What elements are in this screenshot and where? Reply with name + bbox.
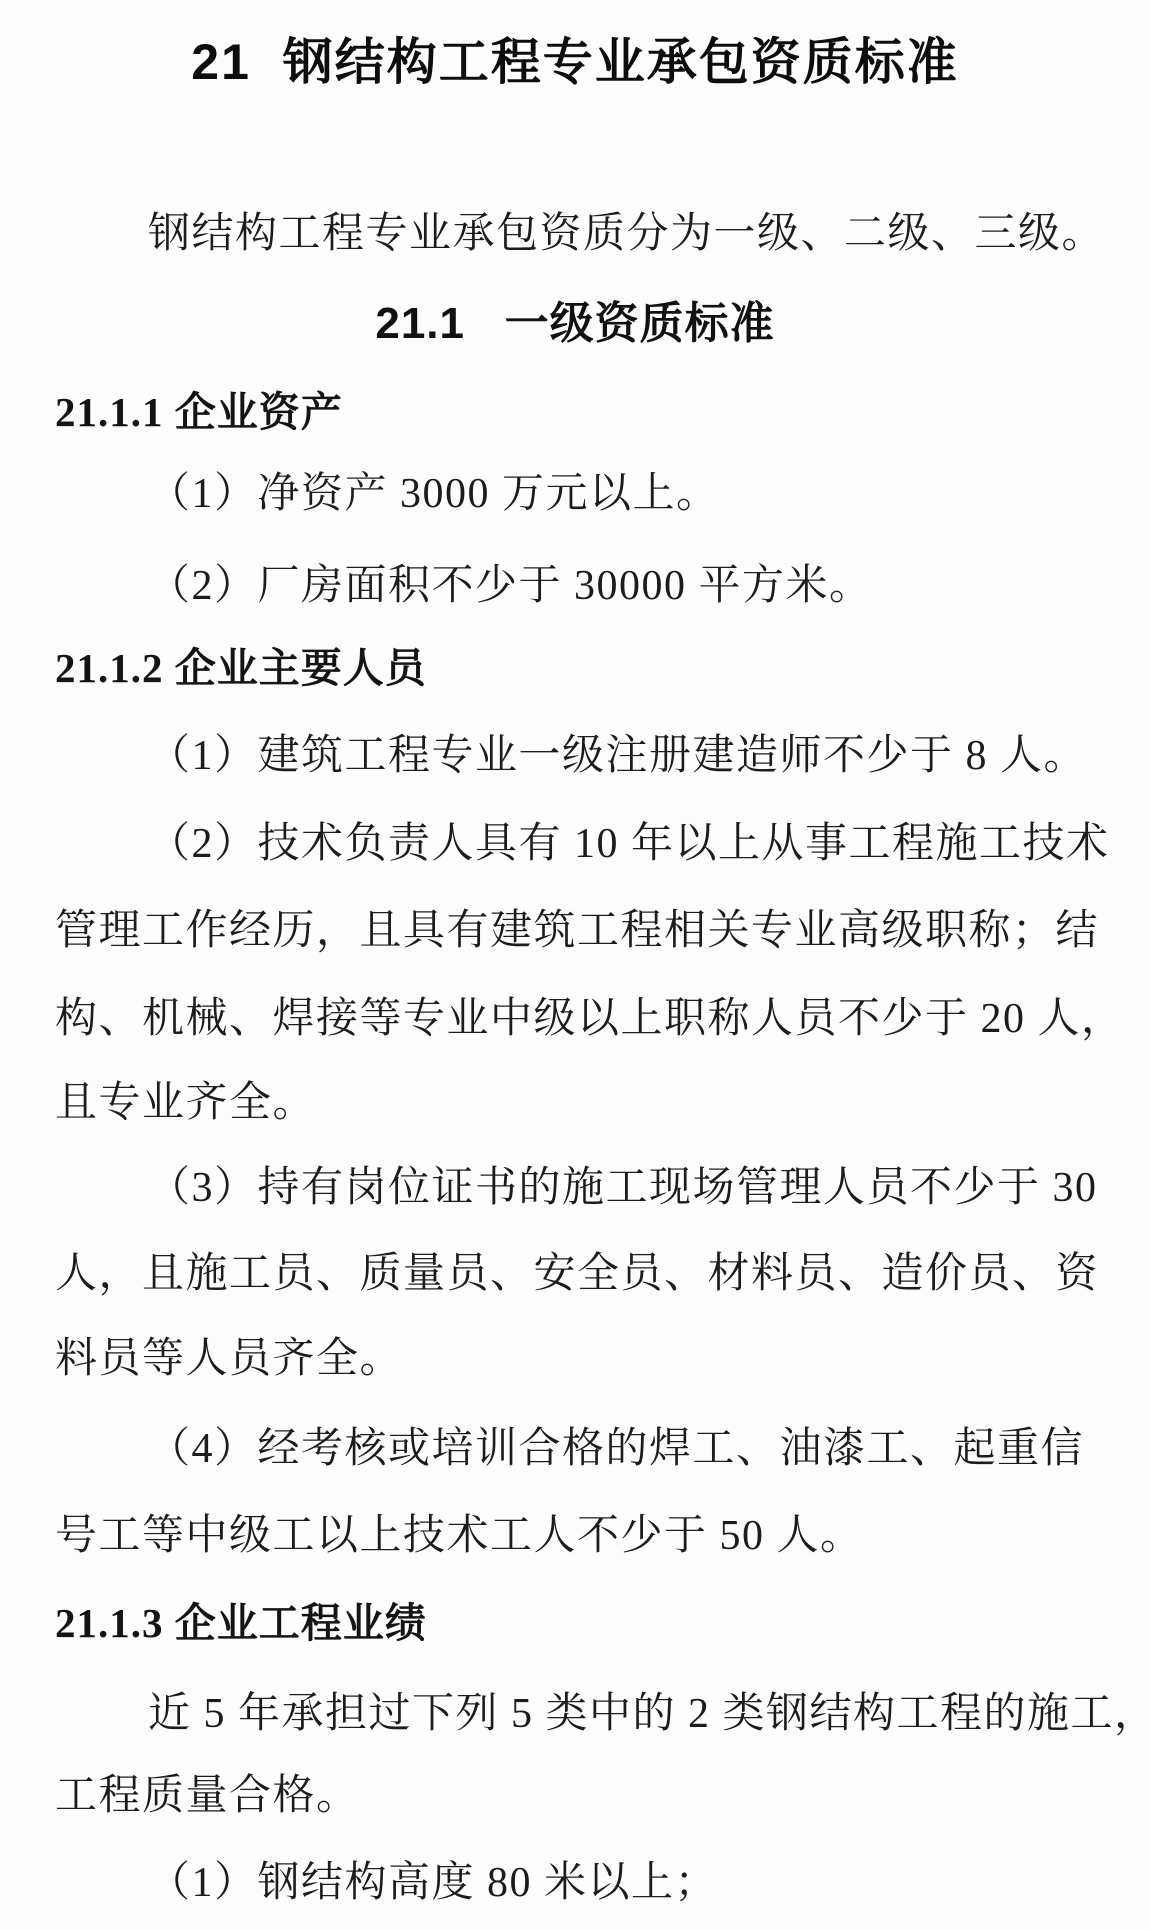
subsection-heading-21-1-3: 21.1.3 企业工程业绩 xyxy=(55,1600,1105,1647)
document-page: 21 钢结构工程专业承包资质标准 钢结构工程专业承包资质分为一级、二级、三级。 … xyxy=(0,0,1150,1929)
paragraph-line: 且专业齐全。 xyxy=(55,1079,1105,1127)
subsection-heading-21-1-2: 21.1.2 企业主要人员 xyxy=(55,645,1105,692)
intro-paragraph: 钢结构工程专业承包资质分为一级、二级、三级。 xyxy=(55,210,1105,258)
paragraph-line: （3）持有岗位证书的施工现场管理人员不少于 30 xyxy=(55,1164,1105,1212)
paragraph-line: 工程质量合格。 xyxy=(55,1772,1105,1820)
paragraph-line: 号工等中级工以上技术工人不少于 50 人。 xyxy=(55,1512,1105,1560)
paragraph-line: （1）净资产 3000 万元以上。 xyxy=(55,470,1105,518)
paragraph-line: 管理工作经历，且具有建筑工程相关专业高级职称；结 xyxy=(55,907,1105,955)
paragraph-line: （2）技术负责人具有 10 年以上从事工程施工技术 xyxy=(55,820,1105,868)
document-title: 21 钢结构工程专业承包资质标准 xyxy=(0,34,1150,92)
paragraph-line: （4）经考核或培训合格的焊工、油漆工、起重信 xyxy=(55,1425,1105,1473)
section-heading-21-1: 21.1 一级资质标准 xyxy=(0,299,1150,350)
paragraph-line: 料员等人员齐全。 xyxy=(55,1335,1105,1383)
paragraph-line: （2）厂房面积不少于 30000 平方米。 xyxy=(55,562,1105,610)
paragraph-line: （1）建筑工程专业一级注册建造师不少于 8 人。 xyxy=(55,732,1105,780)
paragraph-line: 近 5 年承担过下列 5 类中的 2 类钢结构工程的施工， xyxy=(55,1690,1105,1738)
paragraph-line: （1）钢结构高度 80 米以上； xyxy=(55,1859,1105,1907)
paragraph-line: 人，且施工员、质量员、安全员、材料员、造价员、资 xyxy=(55,1250,1105,1298)
paragraph-line: 构、机械、焊接等专业中级以上职称人员不少于 20 人， xyxy=(55,995,1105,1043)
subsection-heading-21-1-1: 21.1.1 企业资产 xyxy=(55,389,1105,436)
